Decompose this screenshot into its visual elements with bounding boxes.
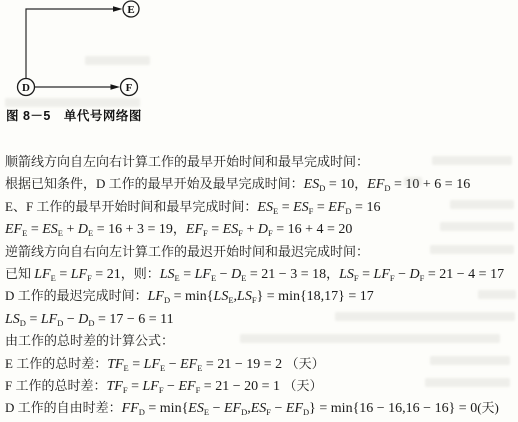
formula-line: 顺箭线方向自左向右计算工作的最早开始时间和最早完成时间： xyxy=(5,151,517,173)
math-number: = xyxy=(128,379,143,394)
math-number: = min{ xyxy=(145,401,188,416)
math-variable: TF xyxy=(107,357,123,372)
math-variable: ES xyxy=(257,200,273,215)
math-variable: LF xyxy=(148,289,164,304)
math-variable: ES xyxy=(293,200,309,215)
math-variable: LF xyxy=(142,379,158,394)
math-number: = xyxy=(278,200,293,215)
math-number: } = min{16 − 16,16 − 16} = 0 xyxy=(309,401,477,416)
figure-caption: 图 8－5 单代号网络图 xyxy=(6,106,142,124)
math-number: = xyxy=(208,222,223,237)
math-number: = 21 − 4 = 17 xyxy=(424,267,504,282)
math-number: = 21 xyxy=(92,267,121,282)
math-number: = xyxy=(180,267,195,282)
node-d: D xyxy=(18,79,35,96)
math-number: = 10 xyxy=(325,177,354,192)
text-run: 逆箭线方向自右向左计算工作的最迟开始时间和最迟完成时间： xyxy=(5,244,369,259)
math-variable: ES xyxy=(42,222,58,237)
math-variable: LF xyxy=(144,357,160,372)
math-variable: EF xyxy=(186,222,203,237)
text-run: D 工作的最迟完成时间： xyxy=(5,288,148,303)
text-run: E、F 工作的最早开始时间和最早完成时间： xyxy=(5,199,257,214)
math-variable: D xyxy=(78,312,88,327)
text-run: ， xyxy=(354,176,367,191)
text-run: ， xyxy=(326,266,339,281)
math-number: = xyxy=(26,312,41,327)
text-run: E 工作的总时差： xyxy=(5,356,107,371)
math-variable: TF xyxy=(106,379,122,394)
math-number: = 17 − 6 = 11 xyxy=(95,312,174,327)
text-run: 顺箭线方向自左向右计算工作的最早开始时间和最早完成时间： xyxy=(5,154,369,169)
math-variable: EF xyxy=(180,357,197,372)
math-variable: EF xyxy=(367,177,384,192)
formula-line: D 工作的自由时差：FFD = min{ESE − EFD,ESF − EFD}… xyxy=(5,397,517,419)
math-variable: EF xyxy=(224,401,241,416)
math-number: = xyxy=(56,267,71,282)
math-number: − xyxy=(395,267,410,282)
math-variable: EF xyxy=(5,222,22,237)
math-variable: LS xyxy=(160,267,175,282)
math-variable: FF xyxy=(122,401,139,416)
math-variable: EF xyxy=(286,401,303,416)
arrowhead-e-icon xyxy=(113,6,123,11)
math-number: = xyxy=(129,357,144,372)
math-number: − xyxy=(209,401,224,416)
node-e-label: E xyxy=(127,4,134,16)
math-number: = 21 − 19 = 2 xyxy=(202,357,285,372)
text-run: 已知 xyxy=(5,266,34,281)
math-variable: LS xyxy=(5,312,20,327)
math-variable: LS xyxy=(214,289,229,304)
math-number: − xyxy=(271,401,286,416)
math-variable: EF xyxy=(178,379,195,394)
text-run: （天） xyxy=(283,378,322,393)
math-variable: LS xyxy=(237,289,252,304)
math-number: = 21 − 20 = 1 xyxy=(200,379,283,394)
textbook-page: { "page": { "background": "#fdfdfa", "te… xyxy=(0,0,518,422)
arrowhead-f-icon xyxy=(111,84,121,89)
node-f: F xyxy=(121,79,138,96)
formula-line: 根据已知条件，D 工作的最早开始及最早完成时间：ESD = 10，EFD = 1… xyxy=(5,173,517,195)
text-run: ，则： xyxy=(121,266,160,281)
math-number: = xyxy=(359,267,374,282)
formula-line: 逆箭线方向自右向左计算工作的最迟开始时间和最迟完成时间： xyxy=(5,241,517,263)
node-e: E xyxy=(123,1,139,17)
text-run: ， xyxy=(173,221,186,236)
math-number: = 10 + 6 = 16 xyxy=(391,177,471,192)
math-number: = 16 + 4 = 20 xyxy=(273,222,353,237)
text-run: 由工作的总时差的计算公式： xyxy=(5,333,174,348)
math-variable: LF xyxy=(34,267,50,282)
text-run: D 工作的自由时差： xyxy=(5,400,122,415)
math-variable: D xyxy=(231,267,241,282)
math-number: − xyxy=(63,312,78,327)
math-variable: ES xyxy=(188,401,204,416)
math-variable: ES xyxy=(251,401,267,416)
math-number: − xyxy=(165,357,180,372)
math-variable: LF xyxy=(195,267,211,282)
math-variable: LS xyxy=(339,267,354,282)
math-variable: D xyxy=(410,267,420,282)
text-run: 根据已知条件，D 工作的最早开始及最早完成时间： xyxy=(5,176,304,191)
math-variable: LF xyxy=(71,267,87,282)
node-f-label: F xyxy=(126,82,133,94)
text-run: F 工作的总时差： xyxy=(5,378,106,393)
math-number: − xyxy=(216,267,231,282)
math-variable: EF xyxy=(328,200,345,215)
math-number: = xyxy=(313,200,328,215)
edge-d-to-e xyxy=(26,9,119,79)
formula-line: LSD = LFD − DD = 17 − 6 = 11 xyxy=(5,308,517,330)
text-run: （天） xyxy=(286,356,325,371)
math-number: } = min{18,17} = 17 xyxy=(257,289,374,304)
network-diagram: D E F xyxy=(6,0,156,100)
formula-line: D 工作的最迟完成时间：LFD = min{LSE,LSF} = min{18,… xyxy=(5,285,517,307)
math-number: = 21 − 3 = 18 xyxy=(246,267,326,282)
math-number: + xyxy=(243,222,258,237)
math-variable: LF xyxy=(374,267,390,282)
formula-line: E 工作的总时差：TFE = LFE − EFE = 21 − 19 = 2 （… xyxy=(5,353,517,375)
text-block: 顺箭线方向自左向右计算工作的最早开始时间和最早完成时间：根据已知条件，D 工作的… xyxy=(5,151,517,420)
math-variable: ES xyxy=(304,177,320,192)
math-number: = 16 + 3 = 19 xyxy=(93,222,173,237)
text-run: (天) xyxy=(477,400,499,415)
math-variable: D xyxy=(78,222,88,237)
math-number: = xyxy=(27,222,42,237)
math-number: − xyxy=(164,379,179,394)
math-variable: LF xyxy=(41,312,57,327)
formula-line: 由工作的总时差的计算公式： xyxy=(5,330,517,352)
math-number: + xyxy=(63,222,78,237)
node-d-label: D xyxy=(22,82,30,94)
formula-line: 已知 LFE = LFF = 21，则：LSE = LFE − DE = 21 … xyxy=(5,263,517,285)
math-number: = 16 xyxy=(352,200,381,215)
formula-line: F 工作的总时差：TFF = LFF − EFF = 21 − 20 = 1 （… xyxy=(5,375,517,397)
math-variable: D xyxy=(258,222,268,237)
math-variable: ES xyxy=(223,222,239,237)
math-number: = min{ xyxy=(170,289,213,304)
formula-line: E、F 工作的最早开始时间和最早完成时间：ESE = ESF = EFD = 1… xyxy=(5,196,517,218)
formula-line: EFE = ESE + DE = 16 + 3 = 19，EFF = ESF +… xyxy=(5,218,517,240)
